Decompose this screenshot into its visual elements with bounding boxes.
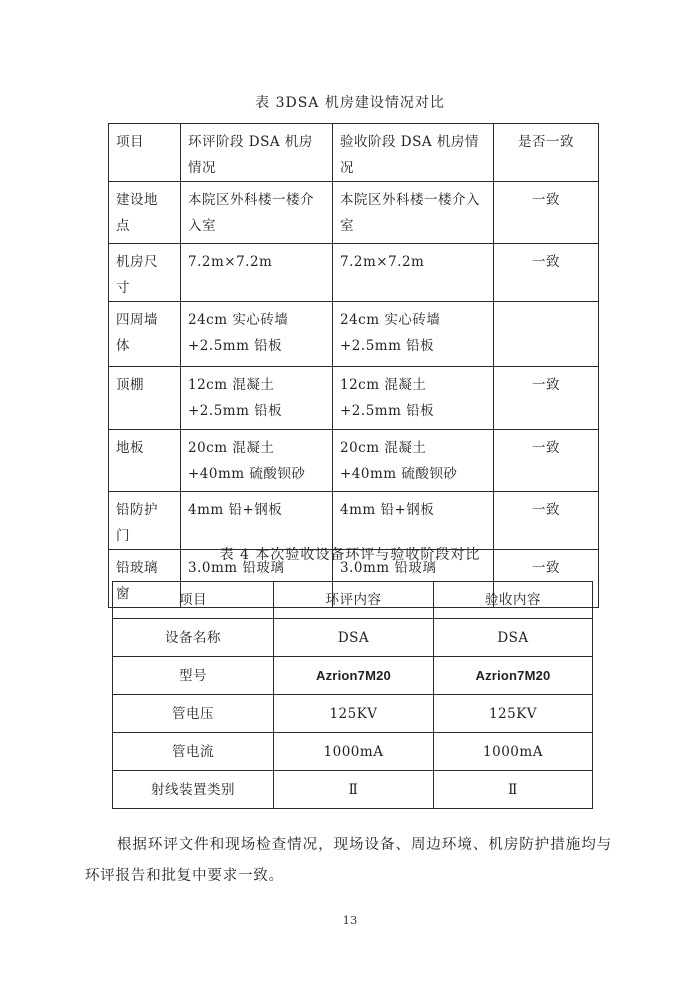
cell-acceptance: 本院区外科楼一楼介入室 xyxy=(333,182,494,244)
table-row: 设备名称 DSA DSA xyxy=(113,619,593,657)
cell-consistent: 一致 xyxy=(494,492,599,550)
table-row: 建设地点 本院区外科楼一楼介入室 本院区外科楼一楼介入室 一致 xyxy=(109,182,599,244)
table-row: 铅防护门 4mm 铅+钢板 4mm 铅+钢板 一致 xyxy=(109,492,599,550)
table3-header-row: 项目 环评阶段 DSA 机房情况 验收阶段 DSA 机房情况 是否一致 xyxy=(109,124,599,182)
cell-item: 管电流 xyxy=(113,733,274,771)
header-cell-eia-stage: 环评阶段 DSA 机房情况 xyxy=(181,124,333,182)
page-number: 13 xyxy=(0,913,700,927)
cell-eia: Azrion7M20 xyxy=(274,657,434,695)
cell-consistent: 一致 xyxy=(494,244,599,302)
table3-room-construction-comparison: 项目 环评阶段 DSA 机房情况 验收阶段 DSA 机房情况 是否一致 建设地点… xyxy=(108,123,599,608)
cell-acceptance: Azrion7M20 xyxy=(434,657,593,695)
cell-eia: 20cm 混凝土+40mm 硫酸钡砂 xyxy=(181,430,333,492)
cell-item: 型号 xyxy=(113,657,274,695)
cell-item: 射线装置类别 xyxy=(113,771,274,809)
cell-item: 机房尺寸 xyxy=(109,244,181,302)
table3-title: 表 3DSA 机房建设情况对比 xyxy=(0,92,700,112)
header-cell-item: 项目 xyxy=(109,124,181,182)
cell-item: 地板 xyxy=(109,430,181,492)
cell-item: 四周墙体 xyxy=(109,302,181,367)
header-cell-acceptance-content: 验收内容 xyxy=(434,582,593,619)
cell-item: 建设地点 xyxy=(109,182,181,244)
cell-consistent xyxy=(494,302,599,367)
cell-eia: 1000mA xyxy=(274,733,434,771)
header-cell-consistent: 是否一致 xyxy=(494,124,599,182)
cell-eia: 125KV xyxy=(274,695,434,733)
table-row: 四周墙体 24cm 实心砖墙+2.5mm 铅板 24cm 实心砖墙+2.5mm … xyxy=(109,302,599,367)
header-cell-acceptance-stage: 验收阶段 DSA 机房情况 xyxy=(333,124,494,182)
cell-eia: 4mm 铅+钢板 xyxy=(181,492,333,550)
header-cell-eia-content: 环评内容 xyxy=(274,582,434,619)
table-row: 管电流 1000mA 1000mA xyxy=(113,733,593,771)
table4-header-row: 项目 环评内容 验收内容 xyxy=(113,582,593,619)
cell-acceptance: 125KV xyxy=(434,695,593,733)
table-row: 机房尺寸 7.2m×7.2m 7.2m×7.2m 一致 xyxy=(109,244,599,302)
header-cell-item: 项目 xyxy=(113,582,274,619)
conclusion-paragraph: 根据环评文件和现场检查情况，现场设备、周边环境、机房防护措施均与环评报告和批复中… xyxy=(85,830,612,892)
cell-consistent: 一致 xyxy=(494,430,599,492)
cell-acceptance: DSA xyxy=(434,619,593,657)
cell-item: 设备名称 xyxy=(113,619,274,657)
table-row: 管电压 125KV 125KV xyxy=(113,695,593,733)
cell-eia: DSA xyxy=(274,619,434,657)
table-row: 顶棚 12cm 混凝土+2.5mm 铅板 12cm 混凝土+2.5mm 铅板 一… xyxy=(109,367,599,430)
cell-eia: Ⅱ xyxy=(274,771,434,809)
table-row: 射线装置类别 Ⅱ Ⅱ xyxy=(113,771,593,809)
cell-eia: 24cm 实心砖墙+2.5mm 铅板 xyxy=(181,302,333,367)
cell-acceptance: Ⅱ xyxy=(434,771,593,809)
cell-consistent: 一致 xyxy=(494,182,599,244)
cell-item: 顶棚 xyxy=(109,367,181,430)
cell-item: 管电压 xyxy=(113,695,274,733)
document-page: 表 3DSA 机房建设情况对比 项目 环评阶段 DSA 机房情况 验收阶段 DS… xyxy=(0,0,700,990)
cell-eia: 本院区外科楼一楼介入室 xyxy=(181,182,333,244)
table-row: 型号 Azrion7M20 Azrion7M20 xyxy=(113,657,593,695)
cell-acceptance: 12cm 混凝土+2.5mm 铅板 xyxy=(333,367,494,430)
table4-title: 表 4 本次验收设备环评与验收阶段对比 xyxy=(0,544,700,564)
cell-acceptance: 7.2m×7.2m xyxy=(333,244,494,302)
cell-consistent: 一致 xyxy=(494,367,599,430)
cell-acceptance: 24cm 实心砖墙+2.5mm 铅板 xyxy=(333,302,494,367)
cell-item: 铅防护门 xyxy=(109,492,181,550)
cell-acceptance: 4mm 铅+钢板 xyxy=(333,492,494,550)
cell-acceptance: 20cm 混凝土+40mm 硫酸钡砂 xyxy=(333,430,494,492)
table-row: 地板 20cm 混凝土+40mm 硫酸钡砂 20cm 混凝土+40mm 硫酸钡砂… xyxy=(109,430,599,492)
table4-equipment-comparison: 项目 环评内容 验收内容 设备名称 DSA DSA 型号 Azrion7M20 … xyxy=(112,581,593,809)
cell-eia: 12cm 混凝土+2.5mm 铅板 xyxy=(181,367,333,430)
cell-eia: 7.2m×7.2m xyxy=(181,244,333,302)
cell-acceptance: 1000mA xyxy=(434,733,593,771)
